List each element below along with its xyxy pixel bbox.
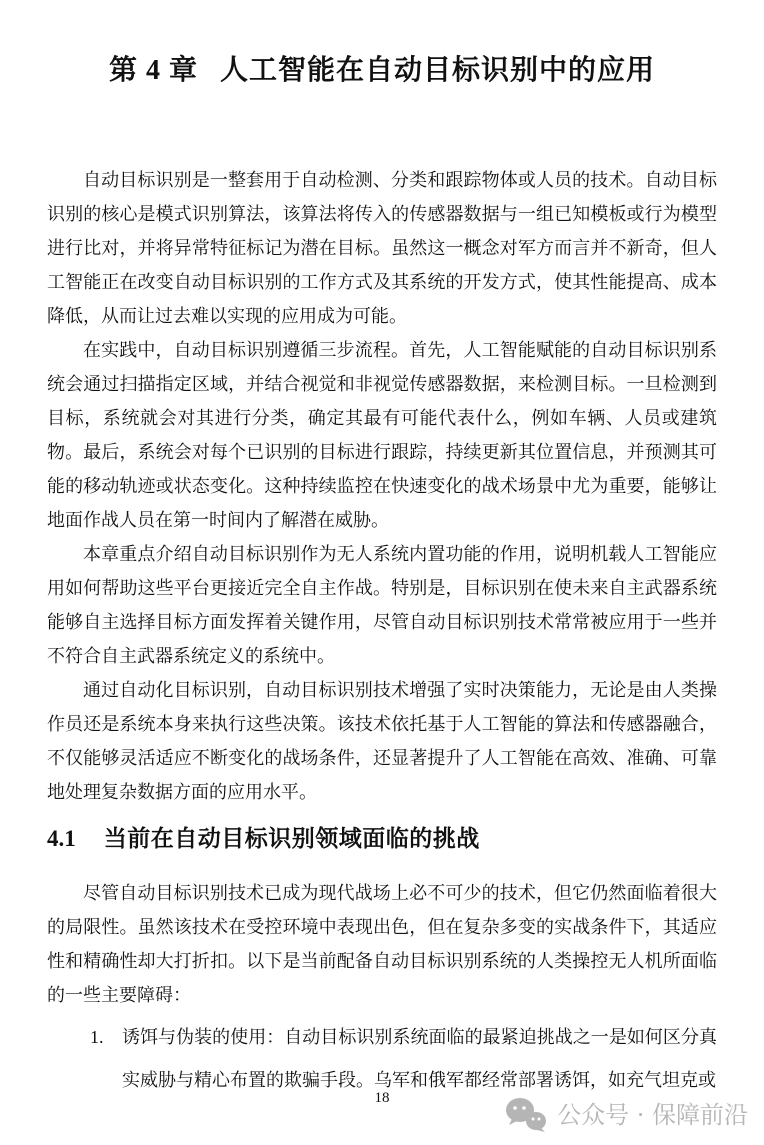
section-body: 尽管自动目标识别技术已成为现代战场上必不可少的技术，但它仍然面临着很大的局限性。…	[47, 876, 717, 1012]
body-paragraph: 本章重点介绍自动目标识别作为无人系统内置功能的作用，说明机载人工智能应用如何帮助…	[47, 537, 717, 673]
body-paragraph: 自动目标识别是一整套用于自动检测、分类和跟踪物体或人员的技术。自动目标识别的核心…	[47, 163, 717, 333]
section-heading: 4.1 当前在自动目标识别领域面临的挑战	[47, 821, 717, 857]
body-paragraph: 通过自动化目标识别，自动目标识别技术增强了实时决策能力，无论是由人类操作员还是系…	[47, 673, 717, 809]
body-paragraph: 在实践中，自动目标识别遵循三步流程。首先，人工智能赋能的自动目标识别系统会通过扫…	[47, 333, 717, 537]
document-page: 第 4 章人工智能在自动目标识别中的应用 自动目标识别是一整套用于自动检测、分类…	[0, 0, 764, 1145]
section-number: 4.1	[47, 821, 76, 857]
wechat-icon	[505, 1097, 547, 1133]
chapter-title: 第 4 章人工智能在自动目标识别中的应用	[47, 50, 717, 91]
chapter-title-text: 人工智能在自动目标识别中的应用	[220, 53, 655, 86]
watermark: 公众号 · 保障前沿	[505, 1097, 748, 1133]
body-paragraph: 尽管自动目标识别技术已成为现代战场上必不可少的技术，但它仍然面临着很大的局限性。…	[47, 876, 717, 1012]
section-title: 当前在自动目标识别领域面临的挑战	[104, 821, 480, 857]
watermark-text: 公众号 · 保障前沿	[557, 1100, 748, 1130]
chapter-number: 第 4 章	[109, 55, 198, 86]
chapter-body: 自动目标识别是一整套用于自动检测、分类和跟踪物体或人员的技术。自动目标识别的核心…	[47, 163, 717, 809]
